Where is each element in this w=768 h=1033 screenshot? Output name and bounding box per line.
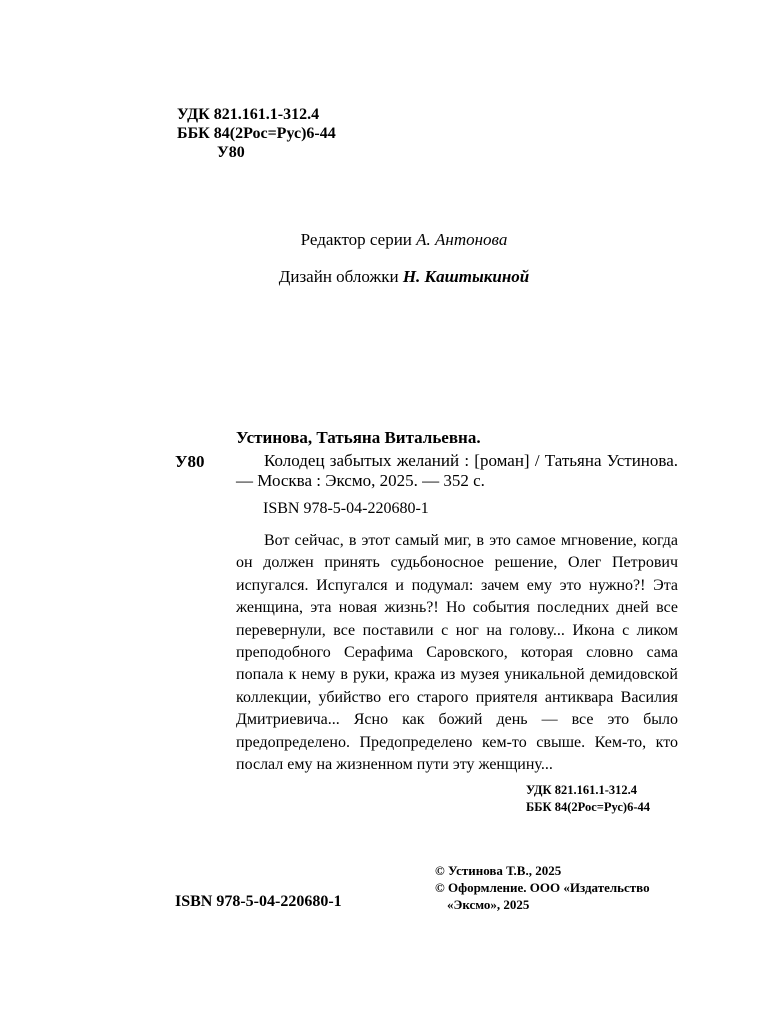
bbk-code-bottom: ББК 84(2Рос=Рус)6-44	[526, 799, 650, 816]
annotation-text: Вот сейчас, в этот самый миг, в это само…	[236, 530, 678, 776]
isbn-entry: ISBN 978-5-04-220680-1	[263, 500, 429, 518]
cover-design-credit: Дизайн обложки Н. Каштыкиной	[0, 267, 768, 287]
bibliographic-description: Колодец забытых желаний : [роман] / Тать…	[236, 451, 678, 491]
bbk-code: ББК 84(2Рос=Рус)6-44	[177, 124, 336, 143]
copyright-author: © Устинова Т.В., 2025	[435, 862, 650, 879]
copyright-design-line2: «Эксмо», 2025	[435, 896, 650, 913]
isbn-footer: ISBN 978-5-04-220680-1	[175, 893, 342, 911]
udk-code: УДК 821.161.1-312.4	[177, 105, 336, 124]
copyright-design-line1: © Оформление. ООО «Издательство	[435, 879, 650, 896]
series-editor-name: А. Антонова	[416, 230, 507, 249]
series-editor-label: Редактор серии	[301, 230, 416, 249]
author-mark-entry: У80	[175, 452, 204, 472]
series-editor-credit: Редактор серии А. Антонова	[0, 230, 768, 250]
author-heading: Устинова, Татьяна Витальевна.	[236, 428, 481, 448]
author-mark: У80	[177, 143, 336, 162]
udk-code-bottom: УДК 821.161.1-312.4	[526, 782, 650, 799]
copyright-block: © Устинова Т.В., 2025 © Оформление. ООО …	[435, 862, 650, 913]
classification-block-bottom: УДК 821.161.1-312.4 ББК 84(2Рос=Рус)6-44	[526, 782, 650, 816]
cover-design-label: Дизайн обложки	[279, 267, 403, 286]
cover-designer-name: Н. Каштыкиной	[403, 267, 529, 286]
classification-block-top: УДК 821.161.1-312.4 ББК 84(2Рос=Рус)6-44…	[177, 105, 336, 162]
